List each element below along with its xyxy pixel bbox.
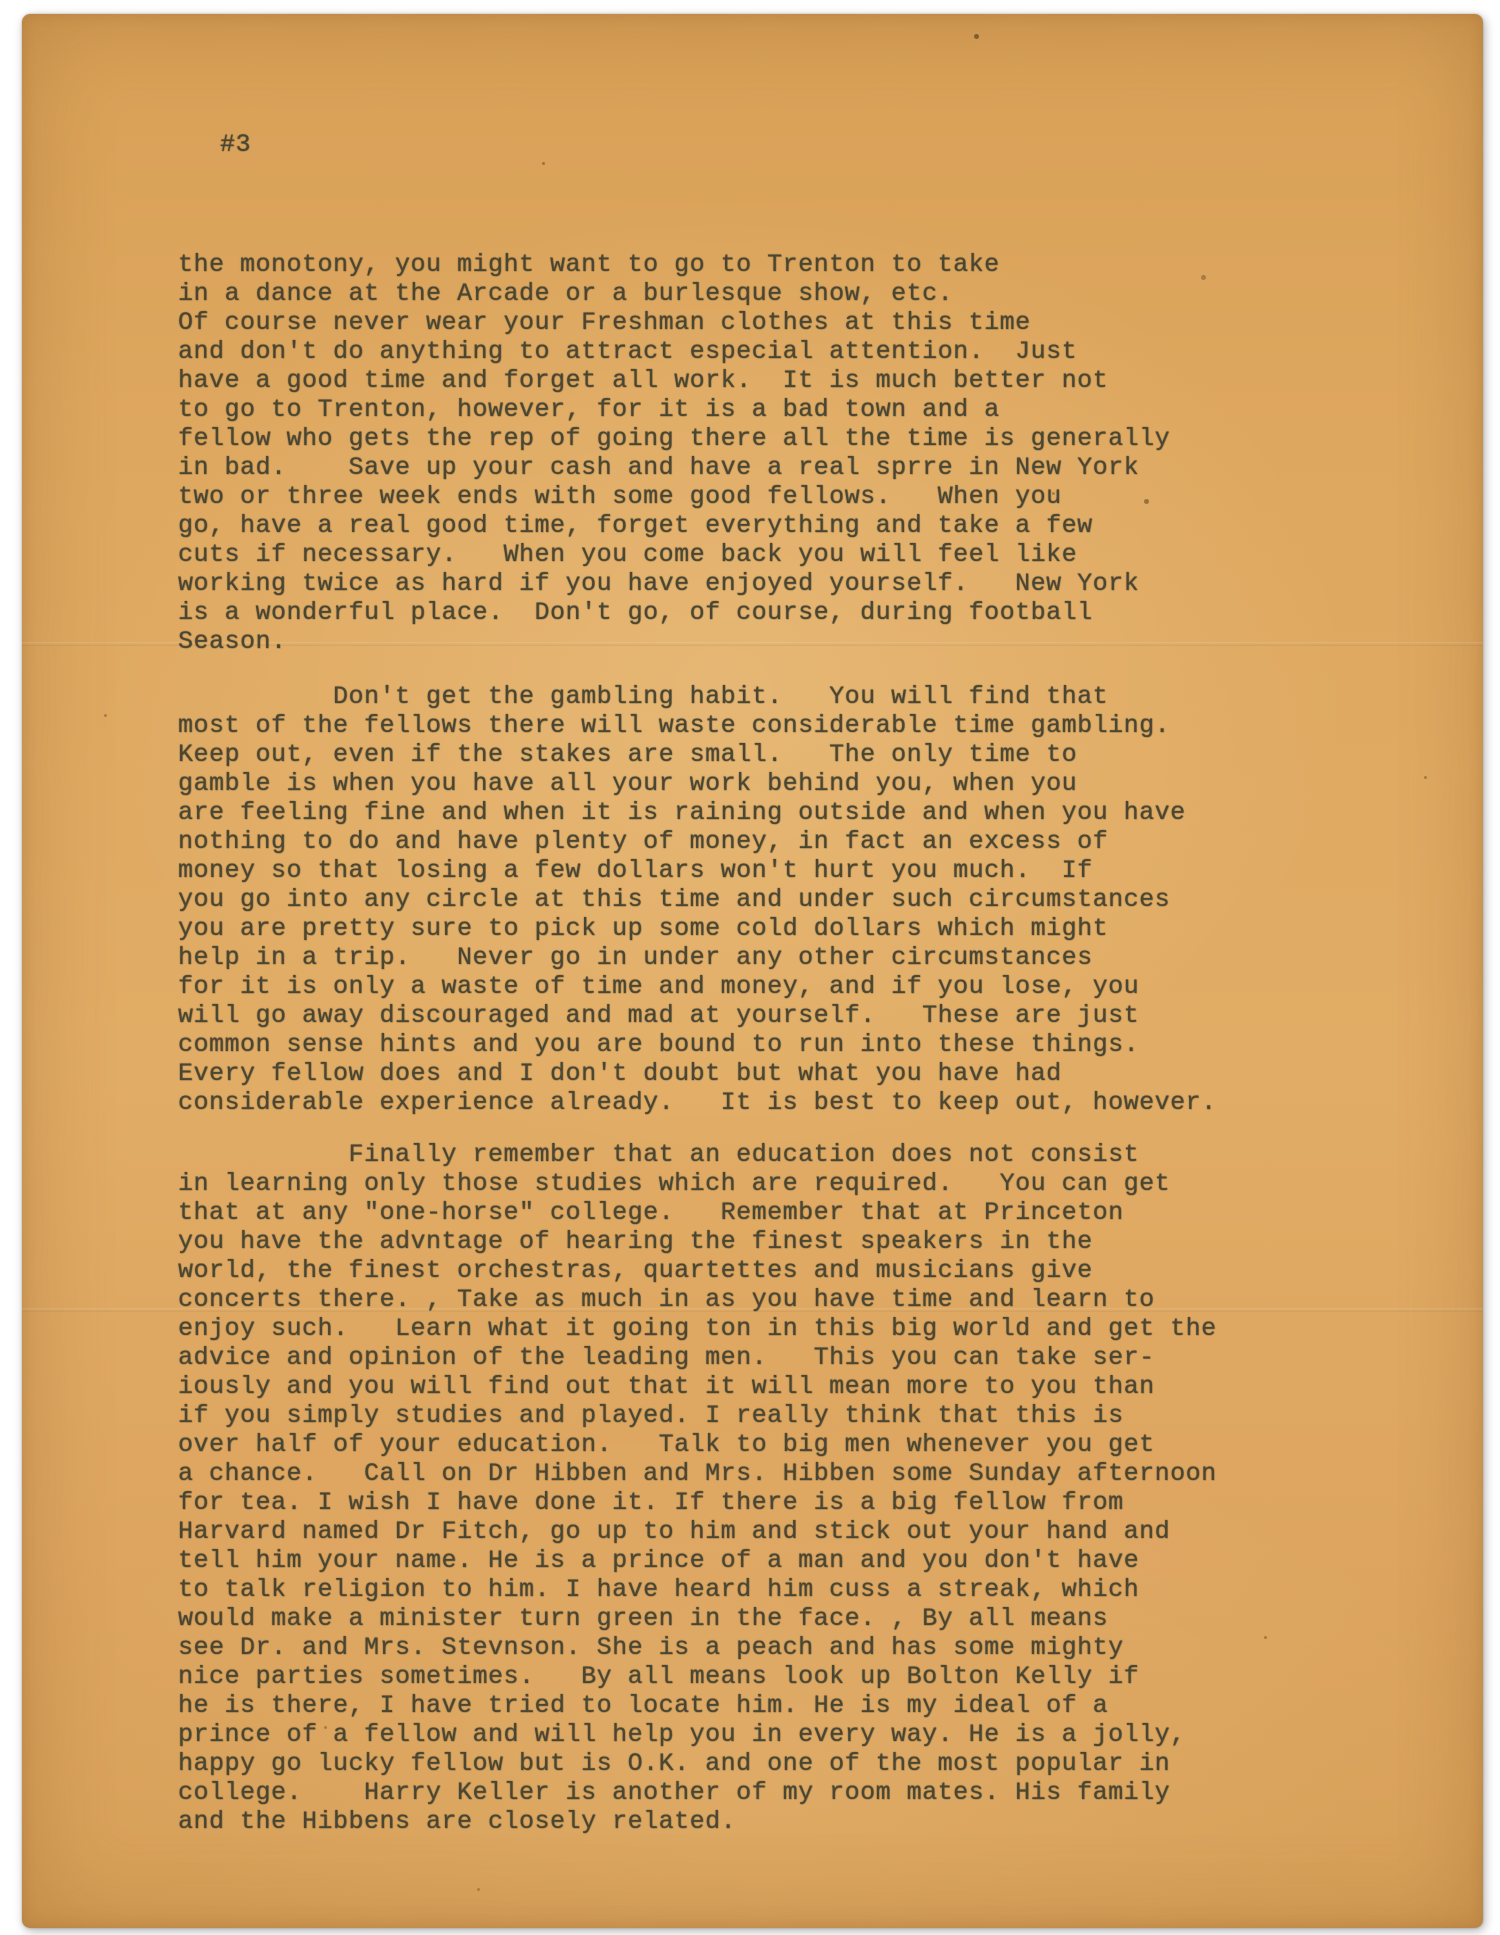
typewritten-line: Season. bbox=[178, 627, 1170, 656]
paragraph-new-york-trips: the monotony, you might want to go to Tr… bbox=[178, 250, 1170, 656]
typewritten-line: money so that losing a few dollars won't… bbox=[178, 856, 1217, 885]
scanned-letter-page: #3 the monotony, you might want to go to… bbox=[0, 0, 1500, 1935]
typewritten-line: gamble is when you have all your work be… bbox=[178, 769, 1217, 798]
typewritten-line: nothing to do and have plenty of money, … bbox=[178, 827, 1217, 856]
typewritten-line: for it is only a waste of time and money… bbox=[178, 972, 1217, 1001]
typewritten-line: concerts there. , Take as much in as you… bbox=[178, 1285, 1217, 1314]
typewritten-line: nice parties sometimes. By all means loo… bbox=[178, 1662, 1217, 1691]
typewritten-line: you go into any circle at this time and … bbox=[178, 885, 1217, 914]
typewritten-line: prince of a fellow and will help you in … bbox=[178, 1720, 1217, 1749]
typewritten-line: common sense hints and you are bound to … bbox=[178, 1030, 1217, 1059]
typewritten-line: would make a minister turn green in the … bbox=[178, 1604, 1217, 1633]
typewritten-line: happy go lucky fellow but is O.K. and on… bbox=[178, 1749, 1217, 1778]
paragraph-education-advice: Finally remember that an education does … bbox=[178, 1140, 1217, 1836]
typewritten-line: he is there, I have tried to locate him.… bbox=[178, 1691, 1217, 1720]
typewritten-line: see Dr. and Mrs. Stevnson. She is a peac… bbox=[178, 1633, 1217, 1662]
typewritten-line: if you simply studies and played. I real… bbox=[178, 1401, 1217, 1430]
typewritten-line: Harvard named Dr Fitch, go up to him and… bbox=[178, 1517, 1217, 1546]
typewritten-line: to go to Trenton, however, for it is a b… bbox=[178, 395, 1170, 424]
typewritten-line: and the Hibbens are closely related. bbox=[178, 1807, 1217, 1836]
letter-paper: #3 the monotony, you might want to go to… bbox=[22, 14, 1483, 1928]
paragraph-gambling-advice: Don't get the gambling habit. You will f… bbox=[178, 682, 1217, 1117]
typewritten-line: Keep out, even if the stakes are small. … bbox=[178, 740, 1217, 769]
typewritten-line: tell him your name. He is a prince of a … bbox=[178, 1546, 1217, 1575]
typewritten-line: Every fellow does and I don't doubt but … bbox=[178, 1059, 1217, 1088]
typewritten-line: college. Harry Keller is another of my r… bbox=[178, 1778, 1217, 1807]
typewritten-line: Of course never wear your Freshman cloth… bbox=[178, 308, 1170, 337]
typewritten-line: advice and opinion of the leading men. T… bbox=[178, 1343, 1217, 1372]
typewritten-line: Don't get the gambling habit. You will f… bbox=[178, 682, 1217, 711]
typewritten-line: in learning only those studies which are… bbox=[178, 1169, 1217, 1198]
typewritten-line: to talk religion to him. I have heard hi… bbox=[178, 1575, 1217, 1604]
typewritten-line: is a wonderful place. Don't go, of cours… bbox=[178, 598, 1170, 627]
typewritten-line: and don't do anything to attract especia… bbox=[178, 337, 1170, 366]
typewritten-line: will go away discouraged and mad at your… bbox=[178, 1001, 1217, 1030]
typewritten-line: working twice as hard if you have enjoye… bbox=[178, 569, 1170, 598]
paper-specks bbox=[22, 14, 25, 17]
typewritten-line: iously and you will find out that it wil… bbox=[178, 1372, 1217, 1401]
page-number: #3 bbox=[220, 130, 251, 159]
typewritten-line: go, have a real good time, forget everyt… bbox=[178, 511, 1170, 540]
typewritten-line: have a good time and forget all work. It… bbox=[178, 366, 1170, 395]
typewritten-line: for tea. I wish I have done it. If there… bbox=[178, 1488, 1217, 1517]
typewritten-line: over half of your education. Talk to big… bbox=[178, 1430, 1217, 1459]
typewritten-line: considerable experience already. It is b… bbox=[178, 1088, 1217, 1117]
typewritten-line: cuts if necessary. When you come back yo… bbox=[178, 540, 1170, 569]
typewritten-line: two or three week ends with some good fe… bbox=[178, 482, 1170, 511]
typewritten-line: Finally remember that an education does … bbox=[178, 1140, 1217, 1169]
typewritten-line: you have the advntage of hearing the fin… bbox=[178, 1227, 1217, 1256]
typewritten-line: in a dance at the Arcade or a burlesque … bbox=[178, 279, 1170, 308]
typewritten-line: enjoy such. Learn what it going ton in t… bbox=[178, 1314, 1217, 1343]
typewritten-line: that at any "one-horse" college. Remembe… bbox=[178, 1198, 1217, 1227]
typewritten-line: the monotony, you might want to go to Tr… bbox=[178, 250, 1170, 279]
typewritten-line: are feeling fine and when it is raining … bbox=[178, 798, 1217, 827]
typewritten-line: a chance. Call on Dr Hibben and Mrs. Hib… bbox=[178, 1459, 1217, 1488]
typewritten-line: you are pretty sure to pick up some cold… bbox=[178, 914, 1217, 943]
typewritten-line: in bad. Save up your cash and have a rea… bbox=[178, 453, 1170, 482]
typewritten-line: world, the finest orchestras, quartettes… bbox=[178, 1256, 1217, 1285]
typewritten-line: fellow who gets the rep of going there a… bbox=[178, 424, 1170, 453]
typewritten-line: most of the fellows there will waste con… bbox=[178, 711, 1217, 740]
typewritten-line: help in a trip. Never go in under any ot… bbox=[178, 943, 1217, 972]
